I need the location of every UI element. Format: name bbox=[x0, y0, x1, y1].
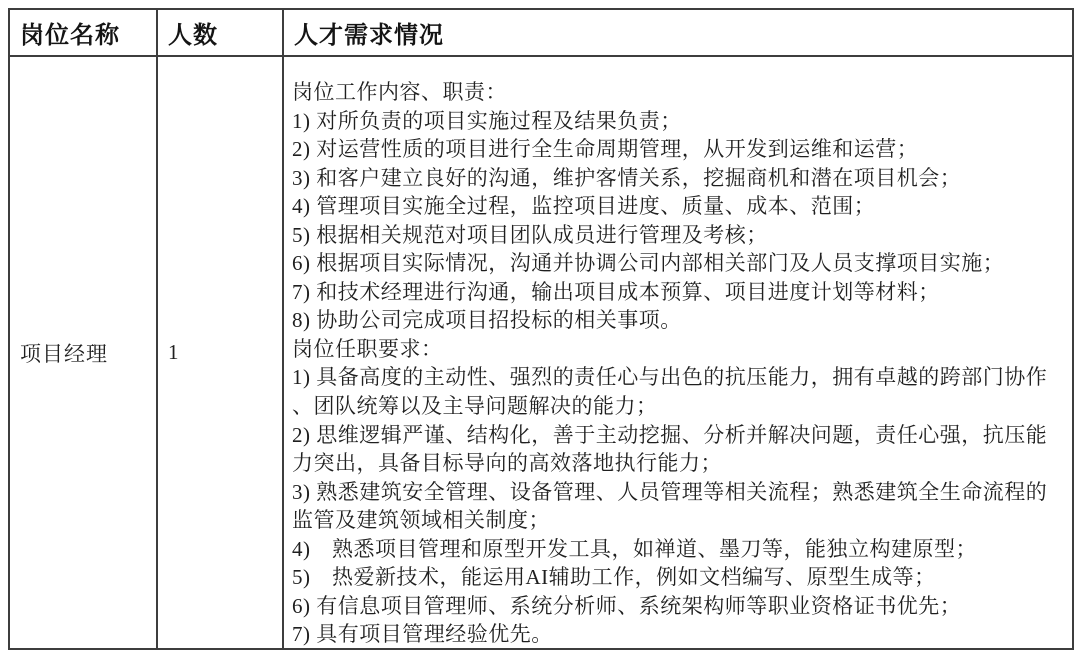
requirement-line: 6) 有信息项目管理师、系统分析师、系统架构师等职业资格证书优先； bbox=[292, 592, 1064, 621]
headcount-cell: 1 bbox=[158, 57, 284, 648]
requirement-line: 7) 和技术经理进行沟通，输出项目成本预算、项目进度计划等材料； bbox=[292, 278, 1064, 307]
requirement-line: 力突出，具备目标导向的高效落地执行能力； bbox=[292, 449, 1064, 478]
requirements-cell: 岗位工作内容、职责： 1) 对所负责的项目实施过程及结果负责； 2) 对运营性质… bbox=[284, 57, 1072, 648]
requirement-line: 4) 管理项目实施全过程，监控项目进度、质量、成本、范围； bbox=[292, 192, 1064, 221]
requirement-line: 岗位工作内容、职责： bbox=[292, 78, 1064, 107]
header-cell-requirements: 人才需求情况 bbox=[284, 10, 1072, 57]
requirement-line: 1) 对所负责的项目实施过程及结果负责； bbox=[292, 107, 1064, 136]
requirement-line: 1) 具备高度的主动性、强烈的责任心与出色的抗压能力，拥有卓越的跨部门协作 bbox=[292, 363, 1064, 392]
page: 岗位名称 人数 人才需求情况 项目经理 1 岗位工作内容、职责： 1) 对所负责… bbox=[0, 0, 1080, 661]
requirement-line: 监管及建筑领域相关制度； bbox=[292, 506, 1064, 535]
requirement-line: 5) 热爱新技术，能运用AI辅助工作，例如文档编写、原型生成等； bbox=[292, 563, 1064, 592]
requirement-line: 2) 对运营性质的项目进行全生命周期管理，从开发到运维和运营； bbox=[292, 135, 1064, 164]
requirement-line: 6) 根据项目实际情况，沟通并协调公司内部相关部门及人员支撑项目实施； bbox=[292, 249, 1064, 278]
requirement-line: 岗位任职要求： bbox=[292, 335, 1064, 364]
requirement-line: 3) 熟悉建筑安全管理、设备管理、人员管理等相关流程；熟悉建筑全生命流程的 bbox=[292, 478, 1064, 507]
header-cell-headcount: 人数 bbox=[158, 10, 284, 57]
requirement-line: 8) 协助公司完成项目招投标的相关事项。 bbox=[292, 306, 1064, 335]
requirement-line: 、团队统筹以及主导问题解决的能力； bbox=[292, 392, 1064, 421]
requirement-line: 2) 思维逻辑严谨、结构化，善于主动挖掘、分析并解决问题，责任心强，抗压能 bbox=[292, 421, 1064, 450]
job-requirements-table: 岗位名称 人数 人才需求情况 项目经理 1 岗位工作内容、职责： 1) 对所负责… bbox=[8, 8, 1074, 650]
requirement-line: 7) 具有项目管理经验优先。 bbox=[292, 620, 1064, 648]
position-name-cell: 项目经理 bbox=[10, 57, 158, 648]
header-cell-position: 岗位名称 bbox=[10, 10, 158, 57]
requirement-line: 3) 和客户建立良好的沟通，维护客情关系，挖掘商机和潜在项目机会； bbox=[292, 164, 1064, 193]
requirement-line: 4) 熟悉项目管理和原型开发工具，如禅道、墨刀等，能独立构建原型； bbox=[292, 535, 1064, 564]
requirement-line: 5) 根据相关规范对项目团队成员进行管理及考核； bbox=[292, 221, 1064, 250]
